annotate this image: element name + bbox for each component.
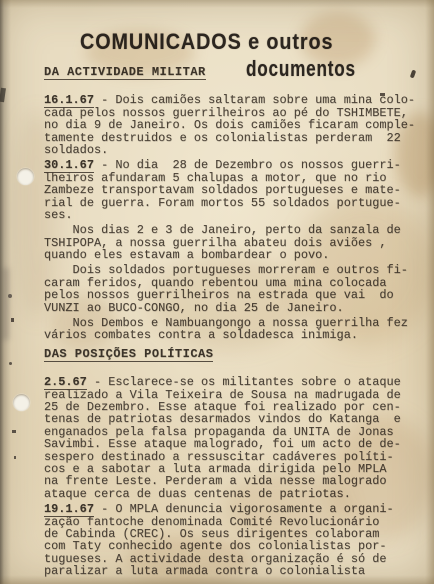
section-heading-text: DA ACTIVIDADE MILITAR — [44, 66, 206, 80]
section-heading: DAS POSIÇÕES POLÍTICAS — [44, 348, 414, 362]
document-page: DA ACTIVIDADE MILITAR16.1.67 - Dois cami… — [0, 0, 434, 584]
paragraph: Dois soldados portugueses morreram e out… — [44, 264, 414, 314]
paragraph: Nos Dembos e Nambuangongo a nossa guerri… — [44, 317, 414, 342]
document-title-line2: documentos — [246, 56, 356, 82]
paragraph: 16.1.67 - Dois camiões saltaram sobre um… — [44, 94, 414, 156]
paragraph: 2.5.67 - Esclarece-se os militantes sobr… — [44, 376, 414, 500]
text-line: Nos dias 2 e 3 de Janeiro, perto da sanz… — [44, 224, 414, 236]
text-line: na frente Leste. Perderam a vida nesse m… — [44, 475, 414, 487]
text-line: 19.1.67 - O MPLA denuncia vigorosamente … — [44, 503, 414, 515]
text-line: com Taty conhecido agente dos colonialis… — [44, 540, 414, 552]
text-line: pelos nossos guerrilheiros na estrada qu… — [44, 289, 414, 301]
paragraph: 19.1.67 - O MPLA denuncia vigorosamente … — [44, 503, 414, 577]
hole-punch — [13, 394, 30, 411]
text-line: tenas de patriotas desarmados vindos do … — [44, 413, 414, 425]
text-line: 2.5.67 - Esclarece-se os militantes sobr… — [44, 376, 414, 388]
document-body: DA ACTIVIDADE MILITAR16.1.67 - Dois cami… — [0, 0, 434, 584]
text-line: 16.1.67 - Dois camiões saltaram sobre um… — [44, 94, 414, 106]
hole-punch — [17, 168, 34, 185]
text-line: vários combates contra a soldadesca inim… — [44, 329, 414, 341]
text-line: 30.1.67 - No dia 28 de Dezembro os nosso… — [44, 159, 414, 171]
text-line: no dia 9 de Janeiro. Os dois camiões fic… — [44, 119, 414, 131]
text-line: ses. — [44, 209, 414, 221]
text-line: VUNZI ao BUCO-CONGO, no dia 25 de Janeir… — [44, 302, 414, 314]
document-title-line1: COMUNICADOS e outros — [80, 29, 333, 55]
text-line: quando eles estavam a bombardear o povo. — [44, 249, 414, 261]
section-heading-text: DAS POSIÇÕES POLÍTICAS — [44, 348, 213, 362]
text-line: paralizar a luta armada contra o colonia… — [44, 565, 414, 577]
paragraph: Nos dias 2 e 3 de Janeiro, perto da sanz… — [44, 224, 414, 261]
text-line: soldados. — [44, 144, 414, 156]
section-heading: DA ACTIVIDADE MILITAR — [44, 66, 414, 80]
text-line: Zambeze transportavam soldados portugues… — [44, 184, 414, 196]
text-line: rial de guerra. Foram mortos 55 soldados… — [44, 197, 414, 209]
text-line: ataque cerca de duas centenas de patriot… — [44, 488, 414, 500]
paragraph: 30.1.67 - No dia 28 de Dezembro os nosso… — [44, 159, 414, 221]
text-line: Savimbi. Esse ataque malogrado, foi um a… — [44, 438, 414, 450]
